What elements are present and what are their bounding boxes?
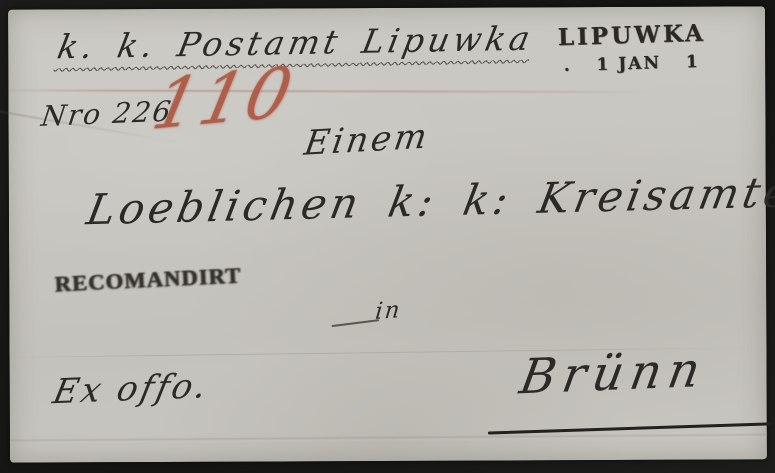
postmark-date: 1 JAN	[596, 53, 661, 75]
addressee-handwriting: Loeblichen k: k: Kreisamte	[83, 167, 775, 234]
endorsement-handwriting: Ex offo.	[50, 366, 213, 412]
preposition-handwriting: in	[374, 297, 403, 325]
postal-cover: k. k. Postamt Lipuwka Nro 226 110 LIPUWK…	[8, 6, 767, 462]
registered-handstamp: RECOMANDIRT	[54, 263, 242, 298]
fold-crease-bottom	[10, 434, 767, 443]
pen-entry-stroke	[331, 319, 379, 327]
postmark-date-digit: 1	[685, 52, 699, 72]
postmark-town: LIPUWKA	[557, 20, 704, 51]
lipuwka-postmark: LIPUWKA . 1 JAN 1	[557, 20, 705, 76]
postmark-dot: .	[563, 56, 572, 76]
salutation-handwriting: Einem	[302, 116, 433, 164]
postage-rate-crayon: 110	[147, 59, 301, 141]
fold-crease-red	[8, 89, 653, 93]
photo-background: k. k. Postamt Lipuwka Nro 226 110 LIPUWK…	[0, 0, 775, 473]
postmark-date-line: . 1 JAN 1	[558, 52, 705, 76]
destination-handwriting: Brünn	[516, 342, 712, 406]
destination-underline	[488, 422, 772, 434]
